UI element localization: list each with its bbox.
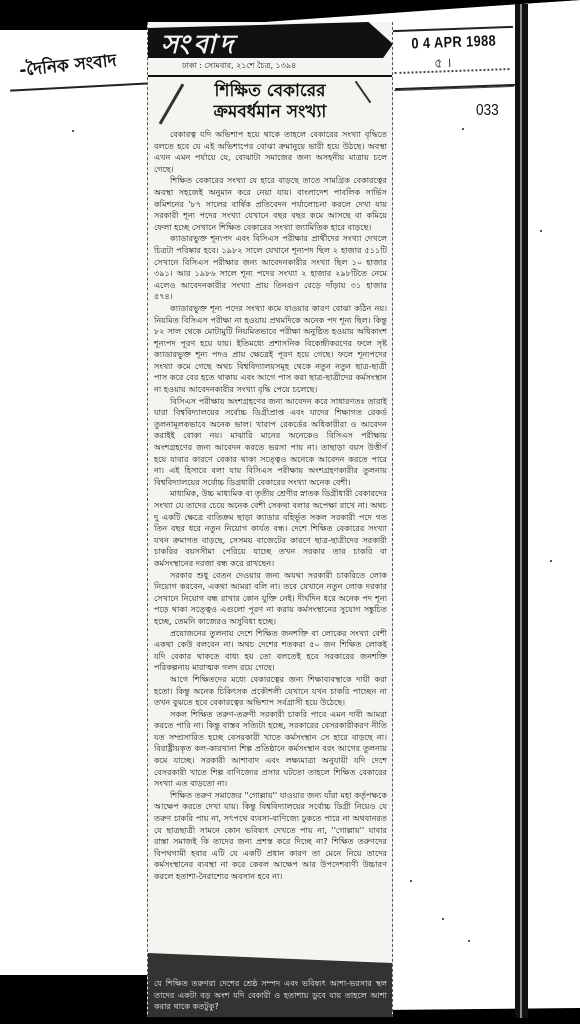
article-paragraph: বিসিএস পরীক্ষায় অংশগ্রহণের জন্য আবেদন ক… bbox=[154, 396, 387, 489]
file-number: 033 bbox=[476, 102, 499, 120]
dateline: ঢাকা : সোমবার, ২১শে চৈত্র, ১৩৯৪ bbox=[148, 58, 392, 77]
article-body: বেকারত্ব যদি অভিশাপ হয়ে থাকে তাহলে বেকা… bbox=[148, 129, 392, 883]
article-paragraph: ক্যাডারভুক্ত শূন্যপদ এবং বিসিএস পরীক্ষার… bbox=[154, 233, 387, 303]
date-stamp: 0 4 APR 1988 ৫ । bbox=[393, 26, 515, 90]
margin-rule-right bbox=[522, 4, 528, 1018]
scan-speck bbox=[468, 940, 470, 942]
stamp-dotted-line bbox=[394, 68, 509, 74]
masthead: সংবাদ bbox=[147, 22, 393, 58]
article-paragraph: শিক্ষিত বেকারের সংখ্যা যে হারে বাড়ছে তা… bbox=[154, 175, 387, 233]
article-paragraph: বেকারত্ব যদি অভিশাপ হয়ে থাকে তাহলে বেকা… bbox=[154, 129, 387, 175]
stamp-date: 0 4 APR 1988 bbox=[411, 33, 496, 53]
article-paragraph: আগে শিক্ষিতদের মধ্যে বেকারত্বের জন্য শিক… bbox=[154, 674, 387, 709]
newspaper-clipping: সংবাদ ঢাকা : সোমবার, ২১শে চৈত্র, ১৩৯৪ শি… bbox=[147, 22, 393, 1017]
article-paragraph: ক্যাডারভুক্ত শূন্য পদের সংখ্যা কমে যাওয়… bbox=[154, 303, 387, 396]
scan-speck bbox=[442, 918, 444, 920]
article-paragraph: সরকার শুধু বেতন দেওয়ার জন্য অযথা সরকারী… bbox=[154, 570, 387, 628]
scan-speck bbox=[550, 560, 552, 562]
headline-line-2: ক্রমবর্ধমান সংখ্যা bbox=[148, 102, 392, 123]
scanned-page: -দৈনিক সংবাদ 0 4 APR 1988 ৫ । 033 সংবাদ … bbox=[0, 0, 580, 1024]
article-paragraph: প্রয়োজনের তুলনায় দেশে শিক্ষিত জনশক্তি … bbox=[154, 628, 387, 674]
scan-speck bbox=[30, 70, 32, 72]
article-headline: শিক্ষিত বেকারের ক্রমবর্ধমান সংখ্যা bbox=[148, 77, 392, 129]
article-closing: যে শিক্ষিত তরুণরা দেশের শ্রেষ্ঠ সম্পদ এব… bbox=[154, 978, 387, 1013]
article-paragraph: সকল শিক্ষিত তরুণ-তরুণী সরকারী চাকরি পাবে… bbox=[154, 709, 387, 790]
article-paragraph: মাধ্যমিক, উচ্চ মাধ্যমিক বা তৃতীয় শ্রেণী… bbox=[154, 488, 387, 569]
scan-speck bbox=[410, 880, 412, 882]
scan-speck bbox=[540, 230, 542, 232]
scan-speck bbox=[72, 130, 74, 132]
article-paragraph: শিক্ষিত তরুণ সমাজের ''গোল্লায়'' যাওয়ার… bbox=[154, 790, 387, 883]
scan-speck bbox=[462, 128, 464, 130]
